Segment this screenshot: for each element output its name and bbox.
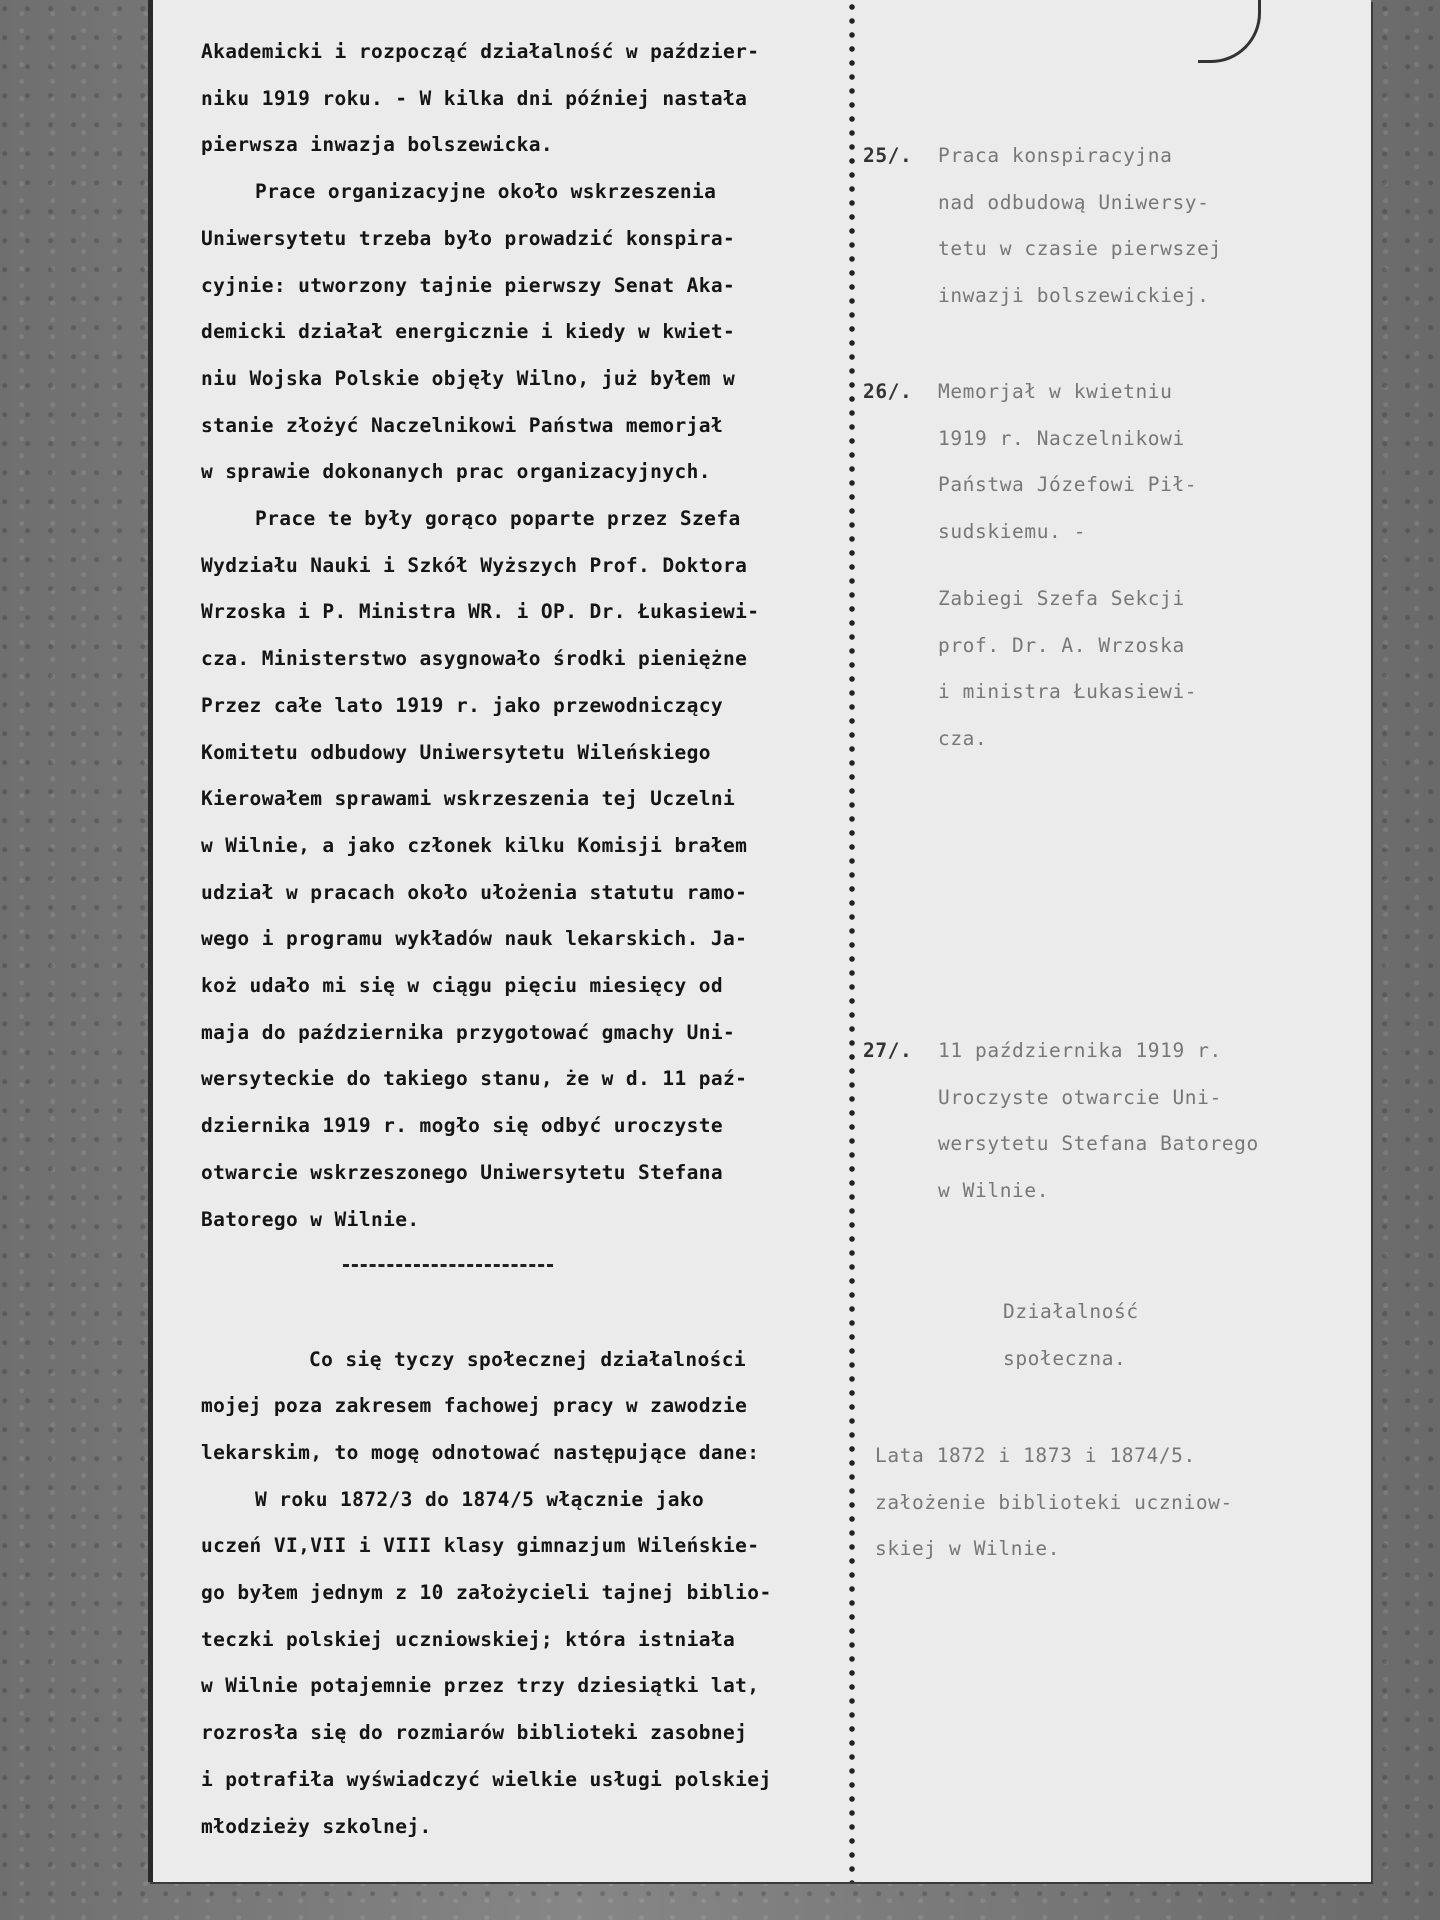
note-line: tetu w czasie pierwszej (938, 237, 1222, 260)
note-line: prof. Dr. A. Wrzoska (938, 634, 1185, 657)
text-line: w sprawie dokonanych prac organizacyjnyc… (201, 460, 711, 483)
text-line: Co się tyczy społecznej działalności (309, 1348, 746, 1371)
note-line: założenie biblioteki uczniow- (875, 1491, 1233, 1514)
text-line: otwarcie wskrzeszonego Uniwersytetu Stef… (201, 1161, 723, 1184)
text-line: Wydziału Nauki i Szkół Wyższych Prof. Do… (201, 554, 747, 577)
text-line: rozrosła się do rozmiarów biblioteki zas… (201, 1721, 747, 1744)
note-line: inwazji bolszewickiej. (938, 284, 1209, 307)
note-line: nad odbudową Uniwersy- (938, 191, 1209, 214)
note-line: Państwa Józefowi Pił- (938, 473, 1197, 496)
note-line: Uroczyste otwarcie Uni- (938, 1086, 1222, 1109)
note-line: Memorjał w kwietniu (938, 380, 1172, 403)
handwritten-page-number (1198, 0, 1261, 63)
document-page: Akademicki i rozpocząć działalność w paź… (148, 0, 1371, 1882)
note-line: w Wilnie. (938, 1179, 1049, 1202)
text-line: mojej poza zakresem fachowej pracy w zaw… (201, 1394, 747, 1417)
note-number: 25/. (863, 144, 912, 167)
text-line: maja do października przygotować gmachy … (201, 1021, 735, 1044)
text-line: Batorego w Wilnie. (201, 1208, 420, 1231)
note-line: Działalność (1003, 1300, 1139, 1323)
dotted-column-separator (849, 0, 855, 1882)
note-line: Zabiegi Szefa Sekcji (938, 587, 1185, 610)
text-line: uczeń VI,VII i VIII klasy gimnazjum Wile… (201, 1534, 759, 1557)
section-divider (343, 1264, 553, 1267)
text-line: koż udało mi się w ciągu pięciu miesięcy… (201, 974, 723, 997)
text-line: niku 1919 roku. - W kilka dni później na… (201, 87, 747, 110)
text-line: udział w pracach około ułożenia statutu … (201, 881, 747, 904)
text-line: wego i programu wykładów nauk lekarskich… (201, 927, 747, 950)
note-line: cza. (938, 727, 987, 750)
text-line: lekarskim, to mogę odnotować następujące… (201, 1441, 759, 1464)
text-line: teczki polskiej uczniowskiej; która istn… (201, 1628, 735, 1651)
note-line: i ministra Łukasiewi- (938, 680, 1197, 703)
text-line: pierwsza inwazja bolszewicka. (201, 133, 553, 156)
note-line: Lata 1872 i 1873 i 1874/5. (875, 1444, 1196, 1467)
note-line: 11 października 1919 r. (938, 1039, 1222, 1062)
text-line: niu Wojska Polskie objęły Wilno, już był… (201, 367, 735, 390)
text-line: Prace te były gorąco poparte przez Szefa (255, 507, 741, 530)
note-line: wersytetu Stefana Batorego (938, 1132, 1259, 1155)
text-line: wersyteckie do takiego stanu, że w d. 11… (201, 1067, 747, 1090)
text-line: demicki działał energicznie i kiedy w kw… (201, 320, 735, 343)
text-line: w Wilnie, a jako członek kilku Komisji b… (201, 834, 747, 857)
text-line: go byłem jednym z 10 założycieli tajnej … (201, 1581, 772, 1604)
text-line: młodzieży szkolnej. (201, 1815, 432, 1838)
note-number: 27/. (863, 1039, 912, 1062)
text-line: Uniwersytetu trzeba było prowadzić konsp… (201, 227, 735, 250)
note-line: sudskiemu. - (938, 520, 1086, 543)
text-line: stanie złożyć Naczelnikowi Państwa memor… (201, 414, 723, 437)
text-line: Przez całe lato 1919 r. jako przewodnicz… (201, 694, 723, 717)
note-line: 1919 r. Naczelnikowi (938, 427, 1185, 450)
note-line: skiej w Wilnie. (875, 1537, 1060, 1560)
text-line: w Wilnie potajemnie przez trzy dziesiątk… (201, 1674, 759, 1697)
text-line: cyjnie: utworzony tajnie pierwszy Senat … (201, 274, 735, 297)
note-line: społeczna. (1003, 1347, 1126, 1370)
text-line: i potrafiła wyświadczyć wielkie usługi p… (201, 1768, 772, 1791)
text-line: W roku 1872/3 do 1874/5 włącznie jako (255, 1488, 704, 1511)
note-line: Praca konspiracyjna (938, 144, 1172, 167)
text-line: Komitetu odbudowy Uniwersytetu Wileńskie… (201, 741, 711, 764)
text-line: Wrzoska i P. Ministra WR. i OP. Dr. Łuka… (201, 600, 759, 623)
text-line: cza. Ministerstwo asygnowało środki pien… (201, 647, 747, 670)
text-line: Kierowałem sprawami wskrzeszenia tej Ucz… (201, 787, 735, 810)
note-number: 26/. (863, 380, 912, 403)
text-line: Akademicki i rozpocząć działalność w paź… (201, 40, 759, 63)
text-line: Prace organizacyjne około wskrzeszenia (255, 180, 716, 203)
text-line: dziernika 1919 r. mogło się odbyć uroczy… (201, 1114, 723, 1137)
